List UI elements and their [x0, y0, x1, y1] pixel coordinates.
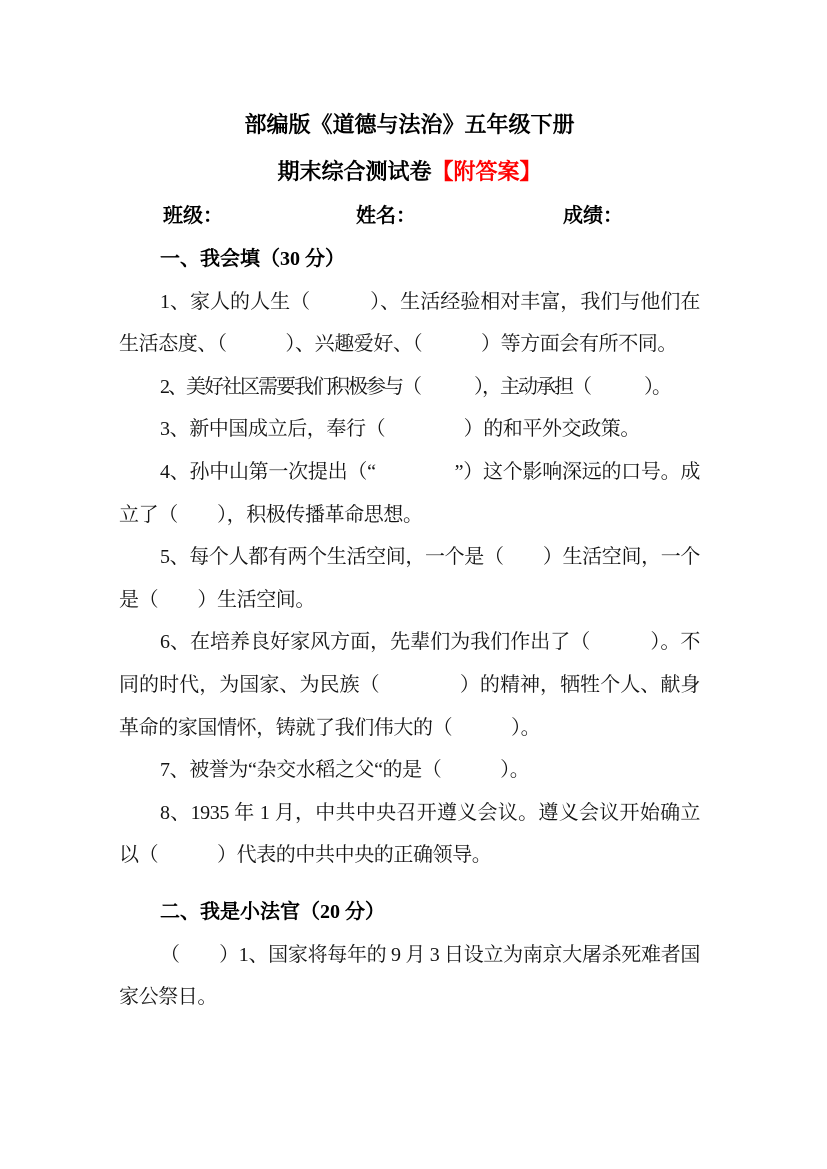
- document-title: 部编版《道德与法治》五年级下册: [119, 101, 700, 148]
- fill-question-6: 6、在培养良好家风方面，先辈们为我们作出了（ ）。不同的时代，为国家、为民族（ …: [119, 621, 700, 749]
- fill-question-7: 7、被誉为“杂交水稻之父“的是（ ）。: [119, 749, 700, 792]
- fill-question-2: 2、美好社区需要我们积极参与（ ），主动承担（ ）。: [119, 366, 700, 409]
- section1-heading: 一、我会填（30 分）: [119, 238, 700, 281]
- fill-question-3: 3、新中国成立后，奉行（ ）的和平外交政策。: [119, 408, 700, 451]
- fill-question-1: 1、家人的人生（ ）、生活经验相对丰富，我们与他们在生活态度、（ ）、兴趣爱好、…: [119, 281, 700, 366]
- subtitle-text: 期末综合测试卷: [277, 159, 431, 184]
- answers-included-badge: 【附答案】: [432, 159, 542, 184]
- student-info-row: 班级： 姓名： 成绩：: [119, 195, 700, 238]
- class-field-label: 班级：: [163, 205, 223, 227]
- exam-paper-page: 部编版《道德与法治》五年级下册 期末综合测试卷【附答案】 班级： 姓名： 成绩：…: [0, 0, 827, 1169]
- fill-question-4: 4、孙中山第一次提出（“ ”）这个影响深远的口号。成立了（ ），积极传播革命思想…: [119, 451, 700, 536]
- fill-question-8: 8、1935 年 1 月，中共中央召开遵义会议。遵义会议开始确立以（ ）代表的中…: [119, 792, 700, 877]
- name-field-label: 姓名：: [356, 205, 416, 227]
- section2-heading: 二、我是小法官（20 分）: [119, 891, 700, 934]
- fill-question-5: 5、每个人都有两个生活空间，一个是（ ）生活空间，一个是（ ）生活空间。: [119, 536, 700, 621]
- judge-question-1: （ ）1、国家将每年的 9 月 3 日设立为南京大屠杀死难者国家公祭日。: [119, 934, 700, 1019]
- document-subtitle: 期末综合测试卷【附答案】: [119, 148, 700, 195]
- score-field-label: 成绩：: [563, 205, 623, 227]
